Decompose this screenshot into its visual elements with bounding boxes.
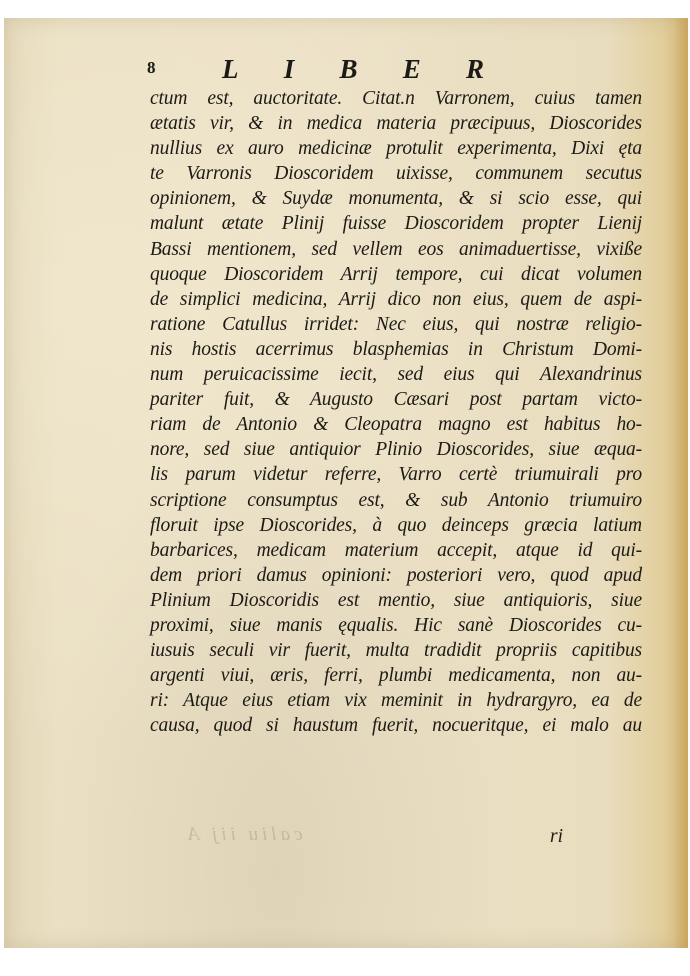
running-head-letter: E — [403, 54, 421, 85]
bleed-through-text: caliu iij A — [184, 824, 303, 846]
text-line: iusuis seculi vir fuerit, multa tradidit… — [150, 638, 642, 663]
running-head-letter: I — [284, 54, 295, 85]
text-line: malunt ætate Plinij fuisse Dioscoridem p… — [150, 211, 642, 236]
running-head-letter: R — [466, 54, 484, 85]
text-line: nullius ex auro medicinæ protulit experi… — [150, 136, 642, 161]
text-line: ctum est, auctoritate. Citat.n Varronem,… — [150, 86, 642, 111]
text-line: ratione Catullus irridet: Nec eius, qui … — [150, 312, 642, 337]
book-page: 8 L I B E R ctum est, auctoritate. Citat… — [4, 18, 688, 948]
page-header: 8 L I B E R — [4, 58, 688, 88]
running-head-letter: B — [339, 54, 357, 85]
text-line: floruit ipse Dioscorides, à quo deinceps… — [150, 513, 642, 538]
body-text: ctum est, auctoritate. Citat.n Varronem,… — [150, 86, 642, 738]
text-line: Bassi mentionem, sed vellem eos animadue… — [150, 237, 642, 262]
text-line: opinionem, & Suydæ monumenta, & si scio … — [150, 186, 642, 211]
text-line: nore, sed siue antiquior Plinio Dioscori… — [150, 437, 642, 462]
text-line: de simplici medicina, Arrij dico non eiu… — [150, 287, 642, 312]
text-line: scriptione consumptus est, & sub Antonio… — [150, 488, 642, 513]
text-line: quoque Dioscoridem Arrij tempore, cui di… — [150, 262, 642, 287]
text-line: argenti viui, æris, ferri, plumbi medica… — [150, 663, 642, 688]
running-head: L I B E R — [222, 54, 484, 85]
text-line: num peruicacissime iecit, sed eius qui A… — [150, 362, 642, 387]
page-number: 8 — [147, 58, 156, 78]
text-line: riam de Antonio & Cleopatra magno est ha… — [150, 412, 642, 437]
text-line: dem priori damus opinioni: posteriori ve… — [150, 563, 642, 588]
text-line: proximi, siue manis ęqualis. Hic sanè Di… — [150, 613, 642, 638]
text-line: ætatis vir, & in medica materia præcipuu… — [150, 111, 642, 136]
text-line: barbarices, medicam materium accepit, at… — [150, 538, 642, 563]
text-line: Plinium Dioscoridis est mentio, siue ant… — [150, 588, 642, 613]
text-line: causa, quod si haustum fuerit, nocueritq… — [150, 713, 642, 738]
text-line: lis parum videtur referre, Varro certè t… — [150, 462, 642, 487]
text-line: te Varronis Dioscoridem uixisse, commune… — [150, 161, 642, 186]
text-line: pariter fuit, & Augusto Cæsari post part… — [150, 387, 642, 412]
running-head-letter: L — [222, 54, 239, 85]
text-line: ri: Atque eius etiam vix meminit in hydr… — [150, 688, 642, 713]
catchword: ri — [550, 826, 563, 848]
text-line: nis hostis acerrimus blasphemias in Chri… — [150, 337, 642, 362]
